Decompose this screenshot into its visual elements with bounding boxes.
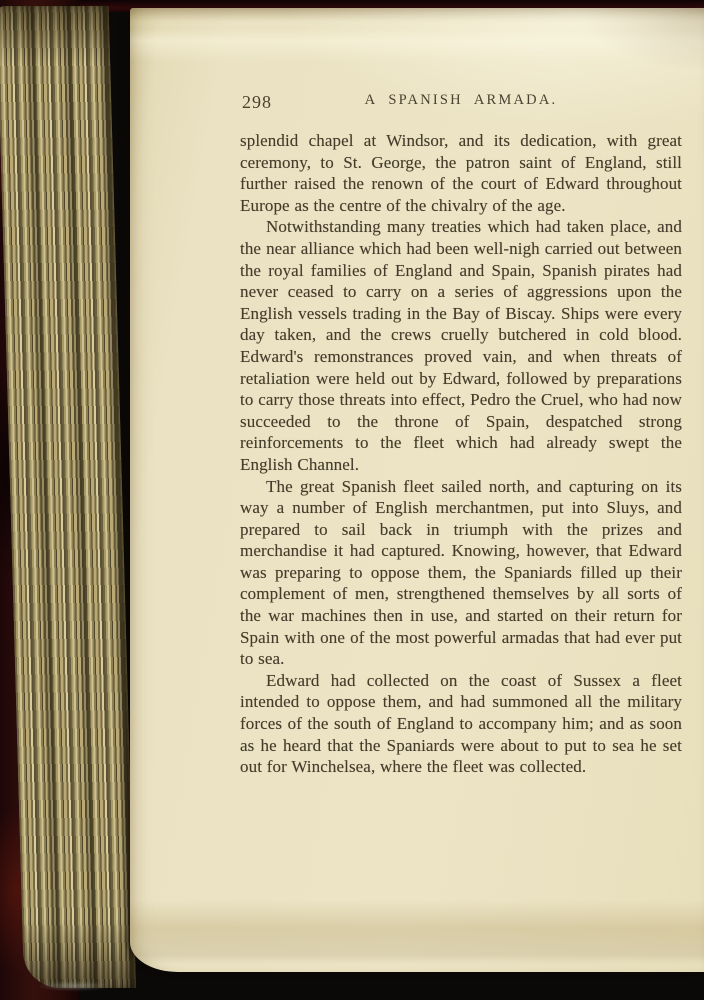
page-header: 298 A SPANISH ARMADA. <box>240 92 682 113</box>
paragraph: Edward had collected on the coast of Sus… <box>240 670 682 778</box>
page-body: splendid chapel at Windsor, and its dedi… <box>240 130 682 778</box>
page-number: 298 <box>242 92 272 113</box>
paragraph: splendid chapel at Windsor, and its dedi… <box>240 130 682 216</box>
book-page-edges <box>0 6 136 988</box>
surface-reflection <box>28 980 120 992</box>
paragraph: Notwithstanding many treaties which had … <box>240 216 682 475</box>
book-page: 298 A SPANISH ARMADA. splendid chapel at… <box>130 8 704 972</box>
book-photo: 298 A SPANISH ARMADA. splendid chapel at… <box>0 0 704 1000</box>
running-title: A SPANISH ARMADA. <box>240 92 682 109</box>
paragraph: The great Spanish fleet sailed north, an… <box>240 476 682 670</box>
